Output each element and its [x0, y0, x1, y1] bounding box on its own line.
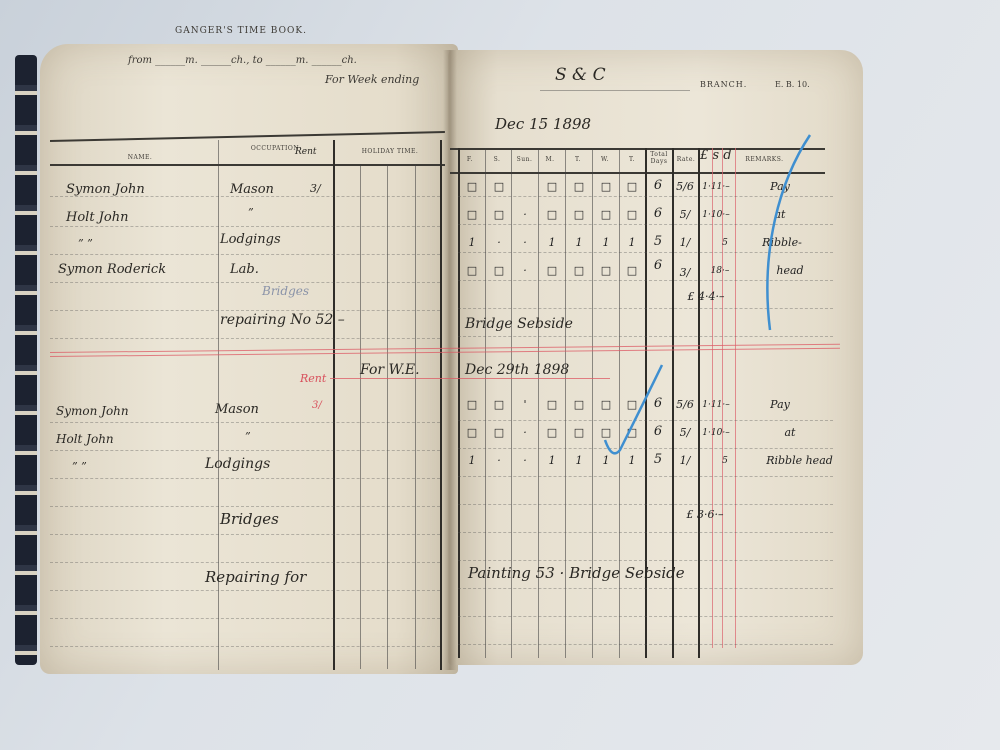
w1r4-fri: □ [460, 264, 484, 277]
week2-total: £ 3·6·– [650, 508, 760, 521]
col-name: NAME. [110, 154, 170, 161]
w1r4-mon: □ [540, 264, 564, 277]
w1r1-fri: □ [460, 180, 484, 193]
week1-occupation-rate-1: 3/ [310, 182, 321, 195]
w1r4-total: 6 [646, 258, 670, 273]
form-number: E. B. 10. [775, 80, 810, 89]
row-rule [50, 450, 440, 451]
w1r1-amount: 1·11·– [698, 182, 734, 192]
w1r2-rate: 5/ [672, 208, 698, 221]
w1r3-thu: 1 [620, 236, 644, 249]
w1r3-wed: 1 [594, 236, 618, 249]
blue-pencil-line-week1 [740, 130, 820, 340]
w1r3-fri: 1 [460, 236, 484, 249]
w2r1-sat: □ [487, 398, 511, 411]
row-rule [50, 506, 440, 507]
blue-pencil-tick-week2 [600, 360, 670, 470]
w2r1-rate: 5/6 [672, 398, 698, 411]
book-title: GANGER'S TIME BOOK. [175, 26, 307, 36]
w2r3-fri: 1 [460, 454, 484, 467]
row-rule [50, 226, 440, 227]
col-day-wed: W. [595, 156, 615, 163]
w1r2-fri: □ [460, 208, 484, 221]
week-ending-date: Dec 15 1898 [495, 115, 591, 133]
week1-work-right: Bridge Sebside [465, 316, 573, 332]
w2r1-remarks: Pay [755, 398, 805, 411]
holiday-subdivider-1 [360, 164, 361, 669]
week1-faint-note: Bridges [262, 284, 309, 298]
week2-header: For W.E. [360, 362, 420, 378]
col-total-days: Total Days [645, 151, 673, 165]
week1-occupation-4: Lab. [230, 262, 259, 277]
w1r1-tue: □ [567, 180, 591, 193]
w1r4-wed: □ [594, 264, 618, 277]
week2-work-left: Repairing for [205, 568, 306, 586]
w1r2-tue: □ [567, 208, 591, 221]
week1-total: £ 4·4·– [676, 290, 736, 303]
week1-occupation-1: Mason [230, 182, 274, 197]
w1r1-thu: □ [620, 180, 644, 193]
w2r3-amount: 5 [715, 456, 735, 466]
w2r3-rate: 1/ [672, 454, 698, 467]
col-rate: Rate. [675, 156, 697, 163]
row-rule [50, 282, 440, 283]
row-rule [50, 590, 440, 591]
amount-red-rule-2 [722, 148, 723, 648]
w1r3-tue: 1 [567, 236, 591, 249]
branch-underline [540, 90, 690, 91]
w1r3-rate: 1/ [672, 236, 698, 249]
w1r1-total: 6 [646, 178, 670, 193]
col-day-mon: M. [540, 156, 560, 163]
row-rule [50, 618, 440, 619]
w1r2-wed: □ [594, 208, 618, 221]
page-gutter [443, 50, 457, 670]
row-rule [458, 476, 833, 477]
w2r2-amount: 1·10·– [698, 428, 734, 438]
week2-date: Dec 29th 1898 [465, 362, 569, 378]
week-ending-label: For Week ending [325, 73, 419, 86]
row-rule [50, 562, 440, 563]
w2r2-tue: □ [567, 426, 591, 439]
branch-label: BRANCH. [700, 80, 747, 89]
holiday-subdivider-2 [387, 164, 388, 669]
w2r2-mon: □ [540, 426, 564, 439]
row-rule [50, 646, 440, 647]
week2-name-3: ” ” [72, 460, 87, 473]
row-rule [50, 534, 440, 535]
col-day-sun: Sun. [512, 156, 537, 163]
w1r4-thu: □ [620, 264, 644, 277]
w1r3-sat: · [487, 236, 511, 249]
left-page-right-edge-rule [440, 140, 442, 670]
w1r1-wed: □ [594, 180, 618, 193]
w2r2-sun: · [513, 426, 537, 439]
w1r2-mon: □ [540, 208, 564, 221]
w2r3-sat: · [487, 454, 511, 467]
week2-work-label: Bridges [220, 510, 279, 528]
w2r3-tue: 1 [567, 454, 591, 467]
w1r4-rate: 3/ [672, 266, 698, 279]
row-rule [50, 310, 440, 311]
week1-work-left: repairing No 52 – [220, 312, 345, 328]
w1r1-sat: □ [487, 180, 511, 193]
w2r3-sun: · [513, 454, 537, 467]
row-rule [50, 254, 440, 255]
w1r4-tue: □ [567, 264, 591, 277]
week1-occupation-2: ” [248, 206, 254, 219]
week2-name-1: Symon John [56, 404, 129, 418]
occupation-rent-annotation: Rent [295, 147, 317, 157]
row-rule [458, 560, 833, 561]
w2r3-remarks: Ribble head [752, 454, 847, 467]
week2-occupation-2: ” [245, 430, 251, 443]
col-amount: £ s d [700, 148, 732, 163]
w2r3-mon: 1 [540, 454, 564, 467]
row-rule [50, 338, 440, 339]
col-day-fri: F. [460, 156, 480, 163]
w1r2-sat: □ [487, 208, 511, 221]
w1r2-amount: 1·10·– [698, 210, 734, 220]
w1r1-mon: □ [540, 180, 564, 193]
week2-rent-annotation: Rent [300, 372, 326, 385]
w2r2-fri: □ [460, 426, 484, 439]
row-rule [458, 532, 833, 533]
w2r2-remarks: at [770, 426, 810, 439]
row-rule [458, 504, 833, 505]
row-rule [458, 644, 833, 645]
w1r1-rate: 5/6 [672, 180, 698, 193]
week1-name-2: Holt John [66, 210, 128, 225]
mileage-from-to-line: from ______m. ______ch., to ______m. ___… [128, 55, 357, 66]
w1r3-mon: 1 [540, 236, 564, 249]
w1r3-amount: 5 [715, 238, 735, 248]
w2r1-sun: ' [513, 398, 537, 411]
week2-work-right: Painting 53 · Bridge Sebside [468, 564, 685, 582]
w1r3-total: 5 [646, 234, 670, 249]
w2r1-mon: □ [540, 398, 564, 411]
w1r2-total: 6 [646, 206, 670, 221]
week1-occupation-3: Lodgings [220, 232, 281, 247]
amount-red-rule-3 [735, 148, 736, 648]
row-rule [458, 616, 833, 617]
col-day-tue: T. [568, 156, 588, 163]
branch-handwritten: S & C [555, 65, 606, 85]
w1r4-sun: · [513, 264, 537, 277]
week1-name-4: Symon Roderick [58, 262, 166, 277]
week2-occupation-rate-1: 3/ [312, 400, 322, 411]
col-day-sat: S. [487, 156, 507, 163]
header-bottom-rule-left [50, 164, 445, 166]
col-day-thu: T. [622, 156, 642, 163]
holiday-subdivider-3 [415, 164, 416, 669]
w2r2-rate: 5/ [672, 426, 698, 439]
w1r4-sat: □ [487, 264, 511, 277]
week2-occupation-3: Lodgings [205, 456, 270, 472]
w1r2-sun: · [513, 208, 537, 221]
row-rule [458, 588, 833, 589]
w2r1-fri: □ [460, 398, 484, 411]
w2r1-amount: 1·11·– [698, 400, 734, 410]
col-holiday-time: HOLIDAY TIME. [345, 148, 435, 155]
w1r3-sun: · [513, 236, 537, 249]
week1-name-3: ” ” [78, 237, 93, 250]
week2-name-2: Holt John [56, 432, 114, 446]
week2-occupation-1: Mason [215, 402, 259, 417]
week1-name-1: Symon John [66, 182, 145, 197]
w2r2-sat: □ [487, 426, 511, 439]
week2-header-red-rule [330, 378, 610, 379]
w2r1-tue: □ [567, 398, 591, 411]
amount-red-rule-1 [712, 148, 713, 648]
w1r2-thu: □ [620, 208, 644, 221]
w1r4-amount: 18·– [705, 266, 735, 276]
row-rule [50, 422, 440, 423]
row-rule [50, 478, 440, 479]
